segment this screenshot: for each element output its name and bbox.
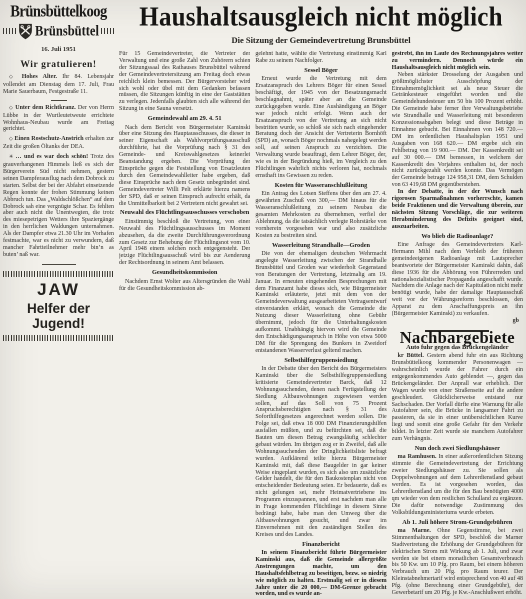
- section-heading: Wasserleitung Strandhalle—Groden: [255, 243, 386, 250]
- neighbor-section-heading: Nachbargebiete: [392, 335, 523, 342]
- section-heading: Ab 1. Juli höhere Strom-Grundgebühren: [392, 520, 523, 527]
- paragraph-lead: Einen Rostschutz-Anstrich: [15, 136, 86, 142]
- article-paragraph: Die von der ehemaligen deutschen Wehrmac…: [255, 251, 386, 355]
- local-news-item: ◇ Unter dem Richtkranz. Der von Herrn Lü…: [3, 105, 114, 134]
- article-paragraph: ma Marne. Ohne Gegenstimme, bei zwei Sti…: [392, 528, 523, 597]
- section-heading: Gemeindewahl am 29. 4. 51: [119, 116, 250, 123]
- article-paragraph: In der Debatte über den Bericht des Bürg…: [255, 366, 386, 539]
- paragraph-lead: … und es war doch schön!: [15, 154, 90, 160]
- article-paragraph: kr Büttel. Gestern abend fuhr ein aus Ri…: [392, 353, 523, 443]
- article-paragraph: Nachdem Ernst Wolter aus Altersgründen d…: [119, 279, 250, 293]
- masthead-row: Brünsbüttel: [3, 22, 114, 40]
- article-subtitle: Die Sitzung der Gemeindevertretung Bruns…: [119, 35, 523, 45]
- ornament-divider: [51, 100, 67, 101]
- article-columns: Für 15 Gemeindevertreter, die Vertreter …: [119, 51, 523, 599]
- author-signature: gb: [392, 318, 523, 325]
- paragraph-lead: ma Marne.: [398, 528, 438, 534]
- article-paragraph: ma Ramhusen. In einer außerordentlichen …: [392, 454, 523, 516]
- article-paragraph: In seinem Finanzbericht führte Bürgermei…: [255, 550, 386, 598]
- article-paragraph: Ein Antrag des Lotsen Steffens über den …: [255, 191, 386, 239]
- section-heading: Nun doch zwei Siedlungshäuser: [392, 446, 523, 453]
- article-paragraph: Für 15 Gemeindevertreter, die Vertreter …: [119, 51, 250, 113]
- hatch-bar-left: [3, 28, 16, 34]
- local-news-item: ✳ … und es war doch schön! Trotz des gra…: [3, 154, 114, 259]
- local-news-item: ◇ Einen Rostschutz-Anstrich erhalten zur…: [3, 136, 114, 151]
- local-news-heading: Wir gratulieren!: [3, 60, 114, 70]
- paragraph-lead: Hohes Alter.: [22, 74, 63, 80]
- item-marker-icon: ◇: [9, 75, 22, 80]
- masthead-date: 16. Juli 1951: [3, 46, 114, 53]
- masthead-title: Brünsbüttelkoog: [3, 3, 114, 23]
- section-heading: Neuwahl des Flüchtlingsausschusses versc…: [119, 210, 250, 217]
- article-column-1: Für 15 Gemeindevertreter, die Vertreter …: [119, 51, 250, 599]
- article-headline: Haushaltsausgleich nicht möglich: [119, 3, 523, 33]
- article-column-3: gestrebt, ihn im Laufe des Rechnungsjahr…: [392, 51, 523, 599]
- section-heading: Finanzbericht: [255, 542, 386, 549]
- section-heading: Selbsthilfegruppensiedlung: [255, 358, 386, 365]
- masthead-subtitle: Brünsbüttel: [35, 22, 99, 39]
- paragraph-lead: Unter dem Richtkranz.: [15, 105, 78, 111]
- jaw-ad-subtitle: Helfer der Jugend!: [3, 301, 114, 331]
- section-heading: Kosten für Wasseranschlußleitung: [255, 183, 386, 190]
- main-article: Haushaltsausgleich nicht möglich Die Sit…: [119, 2, 523, 599]
- local-news-item: ◇ Hohes Alter. Ihr 84. Lebensjahr vollen…: [3, 74, 114, 96]
- article-paragraph: Eine Anfrage des Gemeindevertreters Karl…: [392, 242, 523, 318]
- jaw-ad: JAW Helfer der Jugend!: [3, 271, 114, 341]
- article-paragraph: Einstimmig beschloß die Vertretung, von …: [119, 219, 250, 267]
- hatch-bar-right: [101, 28, 114, 34]
- local-news-items: ◇ Hohes Alter. Ihr 84. Lebensjahr vollen…: [3, 74, 114, 265]
- article-paragraph: gestrebt, ihn im Laufe des Rechnungsjahr…: [392, 51, 523, 72]
- paragraph-lead: ma Ramhusen.: [398, 454, 439, 460]
- section-heading: Wo blieb die Radioanlage?: [392, 234, 523, 241]
- newspaper-page: Brünsbüttelkoog Brünsbüttel 16. Juli 195…: [0, 0, 526, 599]
- section-heading: Sessel Böger: [255, 68, 386, 75]
- paragraph-lead: kr Büttel.: [398, 353, 427, 359]
- article-paragraph: Nach dem Bericht von Bürgermeister Kamin…: [119, 125, 250, 208]
- ornament-divider: [42, 264, 76, 265]
- ad-border-bottom: [3, 335, 114, 341]
- article-column-2: gelehnt hatte, wählte die Vertretung ein…: [255, 51, 386, 599]
- article-paragraph: In der Debatte, in der der Wunsch nach r…: [392, 189, 523, 230]
- article-paragraph: Erneut wurde die Vertretung mit dem Ersa…: [255, 76, 386, 180]
- article-paragraph: Neben stärkster Drosselung der Ausgaben …: [392, 72, 523, 189]
- left-column: Brünsbüttelkoog Brünsbüttel 16. Juli 195…: [3, 4, 114, 341]
- jaw-ad-title: JAW: [3, 280, 114, 300]
- article-paragraph: gelehnt hatte, wählte die Vertretung ein…: [255, 51, 386, 65]
- crest-icon: [18, 22, 33, 40]
- section-heading: Gesundheitskommission: [119, 270, 250, 277]
